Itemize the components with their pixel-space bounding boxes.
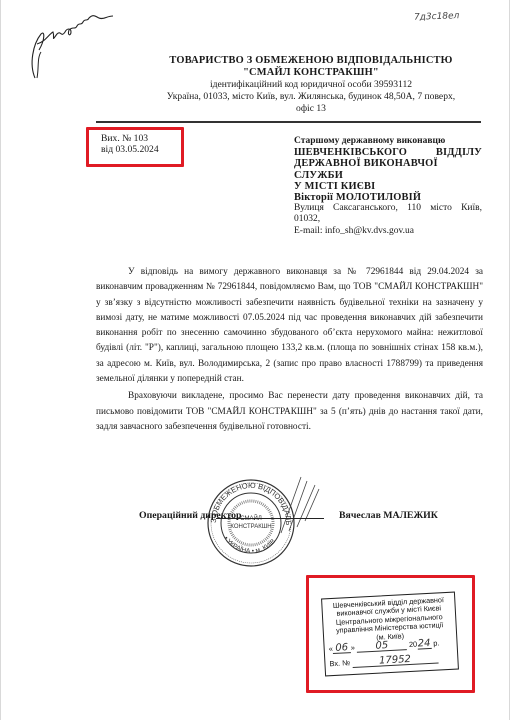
addressee-department-right: ВІДДІЛУ: [436, 147, 482, 158]
company-address-line1: Україна, 01033, місто Київ, вул. Жилянсь…: [121, 91, 501, 103]
company-id-code: ідентифікаційний код юридичної особи 395…: [121, 79, 501, 91]
body-paragraph-1: У відповідь на вимогу державного виконав…: [96, 265, 483, 387]
outgoing-date: від 03.05.2024: [101, 144, 181, 155]
addressee-postcode: 01032,: [294, 214, 482, 225]
stamp-year-unit: р.: [433, 638, 440, 647]
handwritten-signature-icon: [15, 4, 115, 84]
stamp-reg-label: Вх. №: [329, 658, 350, 668]
addressee-service: ДЕРЖАВНОЇ ВИКОНАВЧОЇ СЛУЖБИ: [294, 158, 482, 180]
svg-text:• УКРАЇНА • м. КИЇВ: • УКРАЇНА • м. КИЇВ: [222, 535, 277, 555]
handwritten-corner-note: 7д3с18ел: [414, 11, 460, 23]
document-page: 7д3с18ел ТОВАРИСТВО З ОБМЕЖЕНОЮ ВІДПОВІД…: [0, 0, 510, 720]
stamp-reg-row: Вх. № 17952: [329, 654, 453, 670]
addressee-street: Вулиця Саксаганського, 110 місто Київ,: [294, 203, 482, 214]
addressee-email: E-mail: info_sh@kv.dvs.gov.ua: [294, 226, 482, 237]
stamp-month: 05: [357, 641, 407, 653]
company-address-line2: офіс 13: [121, 103, 501, 115]
addressee-department-line: ШЕВЧЕНКІВСЬКОГО ВІДДІЛУ: [294, 147, 482, 158]
addressee-department-left: ШЕВЧЕНКІВСЬКОГО: [294, 147, 407, 158]
signatory-name: Вячеслав МАЛЕЖИК: [339, 510, 438, 521]
addressee-city: У МІСТІ КИЄВІ: [294, 181, 482, 192]
stamp-reg-number: 17952: [352, 655, 438, 669]
incoming-registration-stamp: Шевченківський відділ державної виконавч…: [321, 592, 459, 677]
company-name-line1: ТОВАРИСТВО З ОБМЕЖЕНОЮ ВІДПОВІДАЛЬНІСТЮ: [121, 55, 501, 67]
company-name-line2: "СМАЙЛ КОНСТРАКШН": [121, 67, 501, 79]
addressee-name: Вікторії МОЛОТИЛОВІЙ: [294, 192, 482, 203]
body-paragraph-2: Враховуючи викладене, просимо Вас перене…: [96, 389, 483, 435]
outgoing-number: Вих. № 103: [101, 133, 181, 144]
letterhead-divider: [96, 121, 481, 123]
svg-text:КОНСТРАКШН: КОНСТРАКШН: [230, 524, 271, 530]
signatory-position: Операційний директор: [139, 510, 241, 521]
stamp-day: 06: [333, 644, 351, 654]
letterhead: ТОВАРИСТВО З ОБМЕЖЕНОЮ ВІДПОВІДАЛЬНІСТЮ …: [121, 55, 501, 115]
addressee-block: Старшому державному виконавцю ШЕВЧЕНКІВС…: [294, 136, 482, 237]
director-signature-icon: [271, 475, 321, 535]
letter-body: У відповідь на вимогу державного виконав…: [96, 265, 483, 435]
addressee-title: Старшому державному виконавцю: [294, 136, 482, 147]
outgoing-number-highlight: Вих. № 103 від 03.05.2024: [86, 127, 184, 167]
stamp-year-suffix: 24: [417, 640, 431, 650]
